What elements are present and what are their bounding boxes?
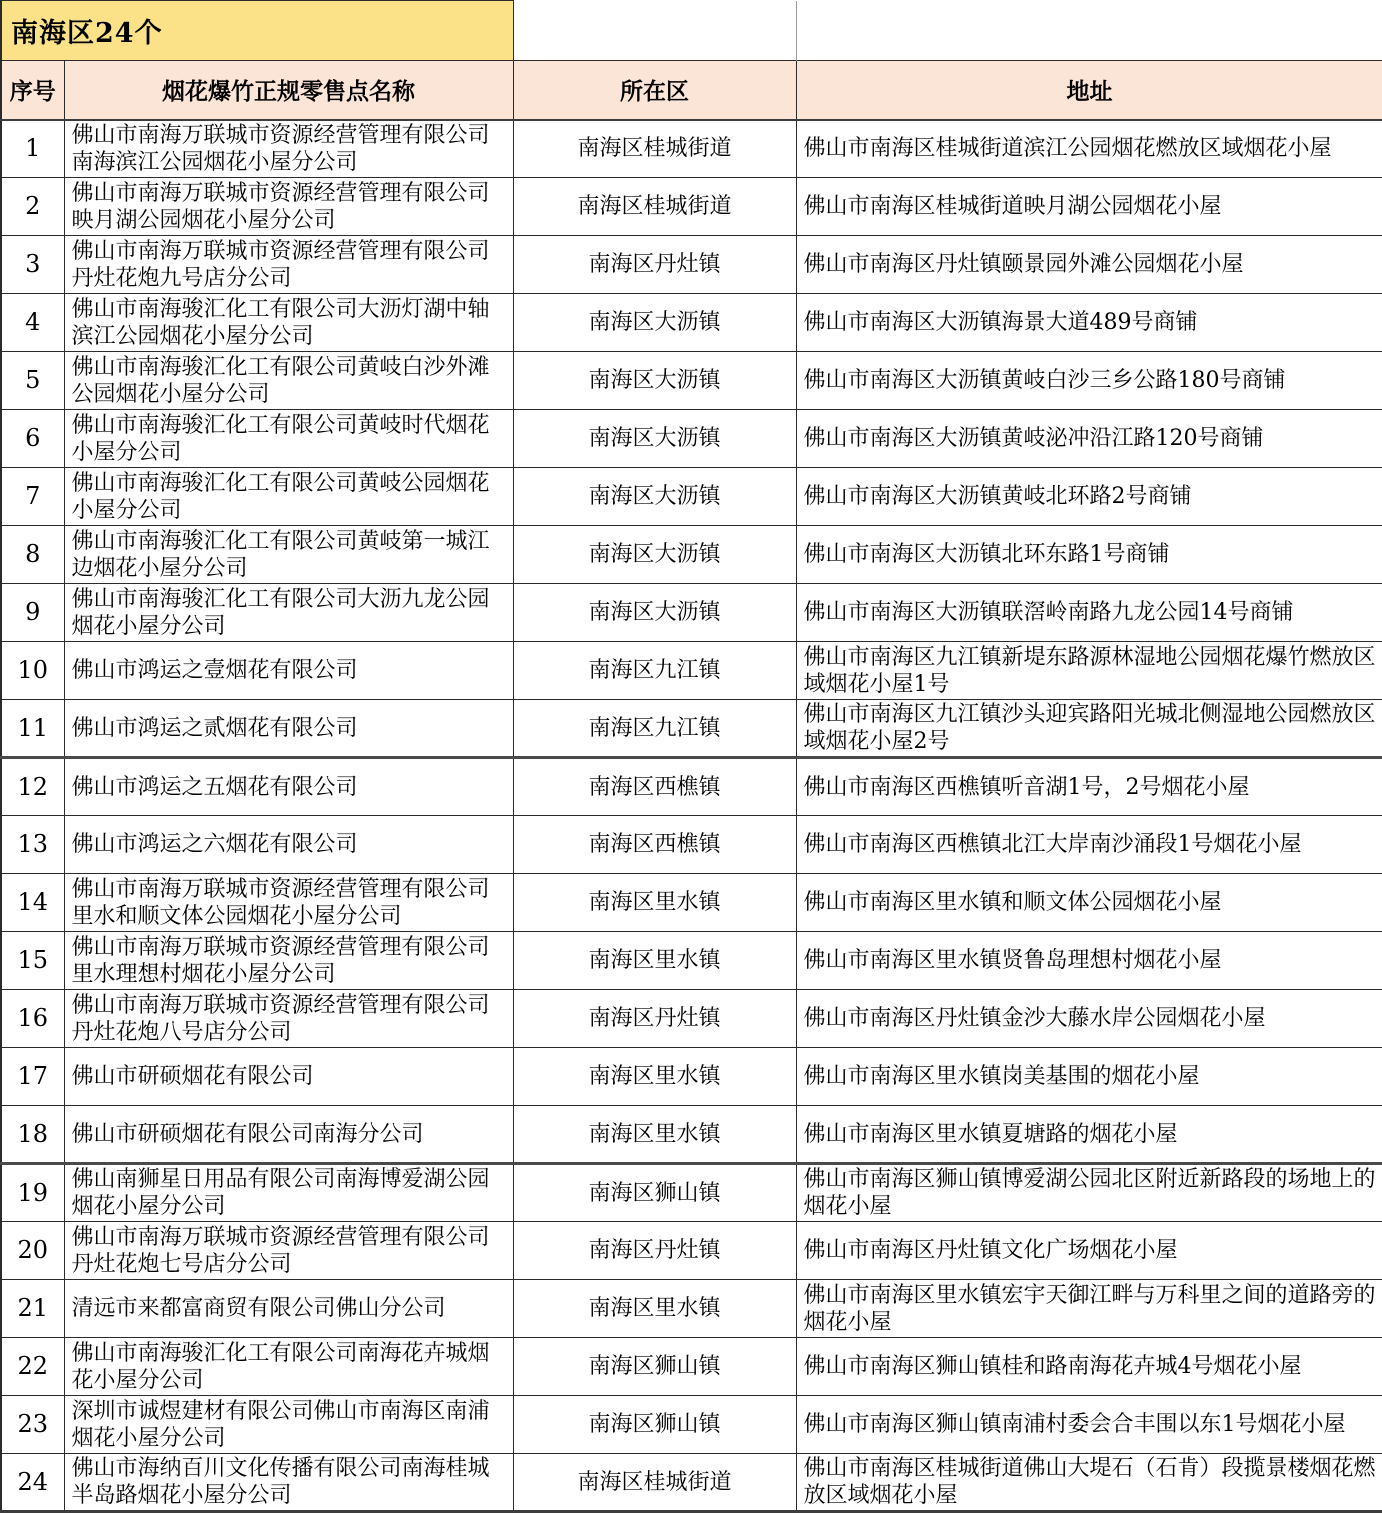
- table-row: 22 佛山市南海骏汇化工有限公司南海花卉城烟花小屋分公司 南海区狮山镇 佛山市南…: [1, 1338, 1382, 1396]
- cell-name: 佛山市鸿运之五烟花有限公司: [64, 758, 513, 816]
- cell-district: 南海区里水镇: [513, 1280, 796, 1338]
- cell-district: 南海区大沥镇: [513, 294, 796, 352]
- cell-district: 南海区丹灶镇: [513, 236, 796, 294]
- cell-name: 佛山市研硕烟花有限公司南海分公司: [64, 1106, 513, 1164]
- table-row: 16 佛山市南海万联城市资源经营管理有限公司丹灶花炮八号店分公司 南海区丹灶镇 …: [1, 990, 1382, 1048]
- cell-name: 佛山市南海万联城市资源经营管理有限公司丹灶花炮八号店分公司: [64, 990, 513, 1048]
- cell-district: 南海区桂城街道: [513, 1454, 796, 1512]
- cell-district: 南海区大沥镇: [513, 352, 796, 410]
- cell-no: 21: [1, 1280, 64, 1338]
- cell-no: 13: [1, 816, 64, 874]
- cell-no: 17: [1, 1048, 64, 1106]
- cell-no: 24: [1, 1454, 64, 1512]
- cell-name: 佛山市南海骏汇化工有限公司南海花卉城烟花小屋分公司: [64, 1338, 513, 1396]
- cell-district: 南海区西樵镇: [513, 816, 796, 874]
- cell-address: 佛山市南海区大沥镇黄岐白沙三乡公路180号商铺: [796, 352, 1382, 410]
- cell-name: 佛山市南海骏汇化工有限公司黄岐第一城江边烟花小屋分公司: [64, 526, 513, 584]
- cell-address: 佛山市南海区大沥镇联滘岭南路九龙公园14号商铺: [796, 584, 1382, 642]
- cell-address: 佛山市南海区桂城街道映月湖公园烟花小屋: [796, 178, 1382, 236]
- table-row: 11 佛山市鸿运之贰烟花有限公司 南海区九江镇 佛山市南海区九江镇沙头迎宾路阳光…: [1, 700, 1382, 758]
- cell-address: 佛山市南海区桂城街道佛山大堤石（石肯）段揽景楼烟花燃放区域烟花小屋: [796, 1454, 1382, 1512]
- cell-address: 佛山市南海区桂城街道滨江公园烟花燃放区域烟花小屋: [796, 120, 1382, 178]
- cell-no: 10: [1, 642, 64, 700]
- cell-no: 16: [1, 990, 64, 1048]
- cell-name: 佛山市南海骏汇化工有限公司大沥灯湖中轴滨江公园烟花小屋分公司: [64, 294, 513, 352]
- cell-address: 佛山市南海区西樵镇北江大岸南沙涌段1号烟花小屋: [796, 816, 1382, 874]
- cell-district: 南海区狮山镇: [513, 1338, 796, 1396]
- cell-name: 佛山市南海万联城市资源经营管理有限公司里水和顺文体公园烟花小屋分公司: [64, 874, 513, 932]
- cell-no: 19: [1, 1164, 64, 1222]
- cell-no: 22: [1, 1338, 64, 1396]
- table-row: 13 佛山市鸿运之六烟花有限公司 南海区西樵镇 佛山市南海区西樵镇北江大岸南沙涌…: [1, 816, 1382, 874]
- cell-name: 清远市来都富商贸有限公司佛山分公司: [64, 1280, 513, 1338]
- cell-no: 6: [1, 410, 64, 468]
- table-row: 18 佛山市研硕烟花有限公司南海分公司 南海区里水镇 佛山市南海区里水镇夏塘路的…: [1, 1106, 1382, 1164]
- cell-name: 佛山市南海骏汇化工有限公司黄岐白沙外滩公园烟花小屋分公司: [64, 352, 513, 410]
- cell-address: 佛山市南海区大沥镇黄岐泌冲沿江路120号商铺: [796, 410, 1382, 468]
- cell-district: 南海区里水镇: [513, 932, 796, 990]
- cell-address: 佛山市南海区九江镇沙头迎宾路阳光城北侧湿地公园燃放区域烟花小屋2号: [796, 700, 1382, 758]
- table-row: 3 佛山市南海万联城市资源经营管理有限公司丹灶花炮九号店分公司 南海区丹灶镇 佛…: [1, 236, 1382, 294]
- cell-name: 佛山市南海骏汇化工有限公司大沥九龙公园烟花小屋分公司: [64, 584, 513, 642]
- cell-no: 11: [1, 700, 64, 758]
- cell-no: 8: [1, 526, 64, 584]
- cell-district: 南海区大沥镇: [513, 584, 796, 642]
- page-title: 南海区24个: [1, 1, 513, 61]
- cell-name: 佛山市南海骏汇化工有限公司黄岐公园烟花小屋分公司: [64, 468, 513, 526]
- cell-address: 佛山市南海区西樵镇听音湖1号，2号烟花小屋: [796, 758, 1382, 816]
- col-header-district: 所在区: [513, 60, 796, 120]
- cell-district: 南海区西樵镇: [513, 758, 796, 816]
- col-header-address: 地址: [796, 60, 1382, 120]
- cell-district: 南海区丹灶镇: [513, 990, 796, 1048]
- cell-no: 20: [1, 1222, 64, 1280]
- header-row: 序号 烟花爆竹正规零售点名称 所在区 地址: [1, 60, 1382, 120]
- cell-no: 14: [1, 874, 64, 932]
- cell-no: 9: [1, 584, 64, 642]
- cell-address: 佛山市南海区大沥镇海景大道489号商铺: [796, 294, 1382, 352]
- title-blank-cell-2: [796, 1, 1382, 61]
- cell-name: 佛山市南海万联城市资源经营管理有限公司丹灶花炮九号店分公司: [64, 236, 513, 294]
- table-row: 1 佛山市南海万联城市资源经营管理有限公司南海滨江公园烟花小屋分公司 南海区桂城…: [1, 120, 1382, 178]
- cell-no: 4: [1, 294, 64, 352]
- cell-district: 南海区狮山镇: [513, 1396, 796, 1454]
- cell-name: 佛山南狮星日用品有限公司南海博爱湖公园烟花小屋分公司: [64, 1164, 513, 1222]
- cell-name: 佛山市南海骏汇化工有限公司黄岐时代烟花小屋分公司: [64, 410, 513, 468]
- cell-address: 佛山市南海区九江镇新堤东路源林湿地公园烟花爆竹燃放区域烟花小屋1号: [796, 642, 1382, 700]
- cell-address: 佛山市南海区里水镇和顺文体公园烟花小屋: [796, 874, 1382, 932]
- cell-district: 南海区里水镇: [513, 1106, 796, 1164]
- table-row: 20 佛山市南海万联城市资源经营管理有限公司丹灶花炮七号店分公司 南海区丹灶镇 …: [1, 1222, 1382, 1280]
- title-row: 南海区24个: [1, 1, 1382, 61]
- title-blank-cell-1: [513, 1, 796, 61]
- cell-address: 佛山市南海区丹灶镇金沙大藤水岸公园烟花小屋: [796, 990, 1382, 1048]
- cell-district: 南海区九江镇: [513, 642, 796, 700]
- table-row: 7 佛山市南海骏汇化工有限公司黄岐公园烟花小屋分公司 南海区大沥镇 佛山市南海区…: [1, 468, 1382, 526]
- table-row: 19 佛山南狮星日用品有限公司南海博爱湖公园烟花小屋分公司 南海区狮山镇 佛山市…: [1, 1164, 1382, 1222]
- table-row: 10 佛山市鸿运之壹烟花有限公司 南海区九江镇 佛山市南海区九江镇新堤东路源林湿…: [1, 642, 1382, 700]
- cell-address: 佛山市南海区里水镇贤鲁岛理想村烟花小屋: [796, 932, 1382, 990]
- cell-address: 佛山市南海区里水镇岗美基围的烟花小屋: [796, 1048, 1382, 1106]
- cell-district: 南海区里水镇: [513, 874, 796, 932]
- cell-no: 3: [1, 236, 64, 294]
- cell-address: 佛山市南海区狮山镇南浦村委会合丰围以东1号烟花小屋: [796, 1396, 1382, 1454]
- cell-name: 深圳市诚煜建材有限公司佛山市南海区南浦烟花小屋分公司: [64, 1396, 513, 1454]
- cell-name: 佛山市鸿运之壹烟花有限公司: [64, 642, 513, 700]
- cell-district: 南海区大沥镇: [513, 526, 796, 584]
- cell-name: 佛山市鸿运之贰烟花有限公司: [64, 700, 513, 758]
- table-row: 21 清远市来都富商贸有限公司佛山分公司 南海区里水镇 佛山市南海区里水镇宏宇天…: [1, 1280, 1382, 1338]
- cell-district: 南海区桂城街道: [513, 120, 796, 178]
- cell-district: 南海区丹灶镇: [513, 1222, 796, 1280]
- table-row: 5 佛山市南海骏汇化工有限公司黄岐白沙外滩公园烟花小屋分公司 南海区大沥镇 佛山…: [1, 352, 1382, 410]
- table-row: 8 佛山市南海骏汇化工有限公司黄岐第一城江边烟花小屋分公司 南海区大沥镇 佛山市…: [1, 526, 1382, 584]
- cell-district: 南海区里水镇: [513, 1048, 796, 1106]
- retail-points-table: 南海区24个 序号 烟花爆竹正规零售点名称 所在区 地址 1 佛山市南海万联城市…: [0, 0, 1382, 1513]
- cell-address: 佛山市南海区里水镇夏塘路的烟花小屋: [796, 1106, 1382, 1164]
- cell-no: 7: [1, 468, 64, 526]
- document-sheet: 南海区24个 序号 烟花爆竹正规零售点名称 所在区 地址 1 佛山市南海万联城市…: [0, 0, 1382, 1513]
- table-row: 2 佛山市南海万联城市资源经营管理有限公司映月湖公园烟花小屋分公司 南海区桂城街…: [1, 178, 1382, 236]
- table-row: 14 佛山市南海万联城市资源经营管理有限公司里水和顺文体公园烟花小屋分公司 南海…: [1, 874, 1382, 932]
- table-row: 4 佛山市南海骏汇化工有限公司大沥灯湖中轴滨江公园烟花小屋分公司 南海区大沥镇 …: [1, 294, 1382, 352]
- cell-district: 南海区大沥镇: [513, 468, 796, 526]
- cell-district: 南海区大沥镇: [513, 410, 796, 468]
- cell-address: 佛山市南海区狮山镇桂和路南海花卉城4号烟花小屋: [796, 1338, 1382, 1396]
- table-row: 6 佛山市南海骏汇化工有限公司黄岐时代烟花小屋分公司 南海区大沥镇 佛山市南海区…: [1, 410, 1382, 468]
- cell-no: 12: [1, 758, 64, 816]
- col-header-name: 烟花爆竹正规零售点名称: [64, 60, 513, 120]
- cell-address: 佛山市南海区大沥镇北环东路1号商铺: [796, 526, 1382, 584]
- cell-name: 佛山市南海万联城市资源经营管理有限公司里水理想村烟花小屋分公司: [64, 932, 513, 990]
- cell-no: 2: [1, 178, 64, 236]
- cell-district: 南海区九江镇: [513, 700, 796, 758]
- cell-address: 佛山市南海区狮山镇博爱湖公园北区附近新路段的场地上的烟花小屋: [796, 1164, 1382, 1222]
- cell-no: 23: [1, 1396, 64, 1454]
- cell-address: 佛山市南海区大沥镇黄岐北环路2号商铺: [796, 468, 1382, 526]
- cell-no: 15: [1, 932, 64, 990]
- cell-name: 佛山市南海万联城市资源经营管理有限公司映月湖公园烟花小屋分公司: [64, 178, 513, 236]
- cell-no: 5: [1, 352, 64, 410]
- cell-district: 南海区桂城街道: [513, 178, 796, 236]
- cell-no: 18: [1, 1106, 64, 1164]
- table-row: 12 佛山市鸿运之五烟花有限公司 南海区西樵镇 佛山市南海区西樵镇听音湖1号，2…: [1, 758, 1382, 816]
- table-row: 15 佛山市南海万联城市资源经营管理有限公司里水理想村烟花小屋分公司 南海区里水…: [1, 932, 1382, 990]
- cell-address: 佛山市南海区里水镇宏宇天御江畔与万科里之间的道路旁的烟花小屋: [796, 1280, 1382, 1338]
- cell-no: 1: [1, 120, 64, 178]
- cell-name: 佛山市鸿运之六烟花有限公司: [64, 816, 513, 874]
- table-row: 9 佛山市南海骏汇化工有限公司大沥九龙公园烟花小屋分公司 南海区大沥镇 佛山市南…: [1, 584, 1382, 642]
- table-row: 23 深圳市诚煜建材有限公司佛山市南海区南浦烟花小屋分公司 南海区狮山镇 佛山市…: [1, 1396, 1382, 1454]
- cell-name: 佛山市南海万联城市资源经营管理有限公司南海滨江公园烟花小屋分公司: [64, 120, 513, 178]
- cell-address: 佛山市南海区丹灶镇颐景园外滩公园烟花小屋: [796, 236, 1382, 294]
- cell-name: 佛山市研硕烟花有限公司: [64, 1048, 513, 1106]
- table-row: 24 佛山市海纳百川文化传播有限公司南海桂城半岛路烟花小屋分公司 南海区桂城街道…: [1, 1454, 1382, 1512]
- cell-address: 佛山市南海区丹灶镇文化广场烟花小屋: [796, 1222, 1382, 1280]
- table-body: 1 佛山市南海万联城市资源经营管理有限公司南海滨江公园烟花小屋分公司 南海区桂城…: [1, 120, 1382, 1512]
- table-row: 17 佛山市研硕烟花有限公司 南海区里水镇 佛山市南海区里水镇岗美基围的烟花小屋: [1, 1048, 1382, 1106]
- col-header-no: 序号: [1, 60, 64, 120]
- cell-name: 佛山市海纳百川文化传播有限公司南海桂城半岛路烟花小屋分公司: [64, 1454, 513, 1512]
- cell-name: 佛山市南海万联城市资源经营管理有限公司丹灶花炮七号店分公司: [64, 1222, 513, 1280]
- cell-district: 南海区狮山镇: [513, 1164, 796, 1222]
